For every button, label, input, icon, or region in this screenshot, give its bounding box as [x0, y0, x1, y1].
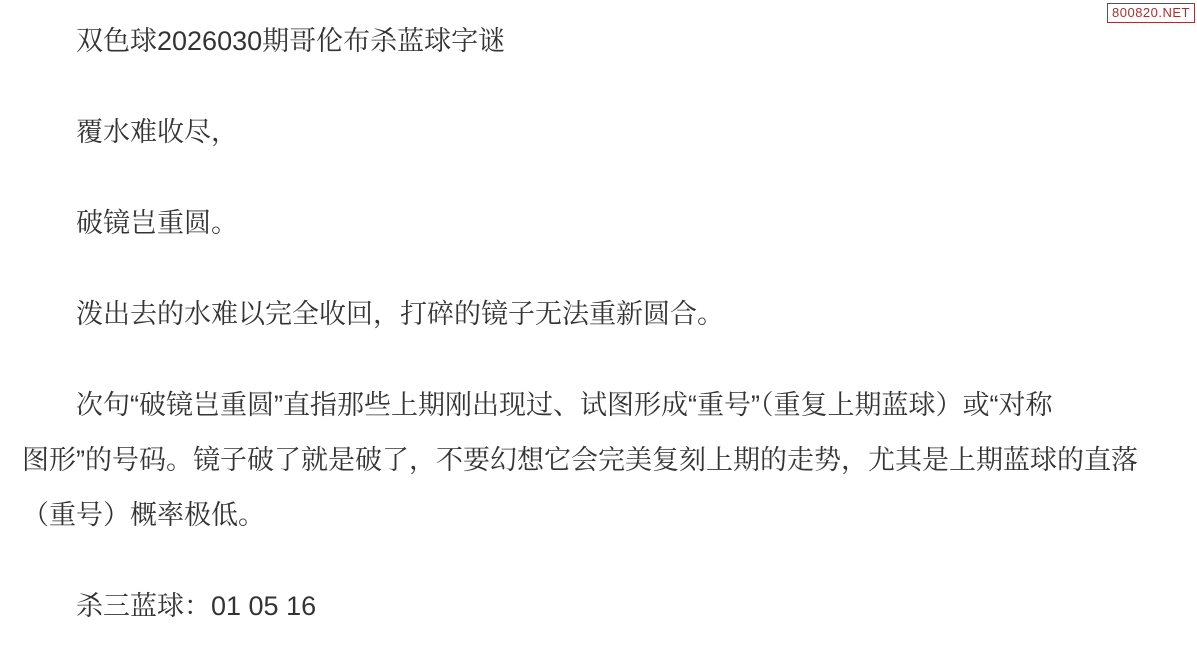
article-page: 800820.NET 双色球2026030期哥伦布杀蓝球字谜 覆水难收尽， 破镜…: [0, 0, 1197, 654]
poem-line-2: 破镜岂重圆。: [22, 196, 1162, 251]
kill-blue-numbers-line: 杀三蓝球：01 05 16: [22, 579, 1162, 634]
article-content: 双色球2026030期哥伦布杀蓝球字谜 覆水难收尽， 破镜岂重圆。 泼出去的水难…: [22, 14, 1162, 634]
explanation-paragraph: 泼出去的水难以完全收回，打碎的镜子无法重新圆合。: [22, 287, 1162, 342]
analysis-line-3: （重号）概率极低。: [22, 488, 1162, 543]
analysis-line-1: 次句“破镜岂重圆”直指那些上期刚出现过、试图形成“重号”（重复上期蓝球）或“对称: [22, 378, 1162, 433]
article-title: 双色球2026030期哥伦布杀蓝球字谜: [22, 14, 1162, 69]
analysis-paragraph: 次句“破镜岂重圆”直指那些上期刚出现过、试图形成“重号”（重复上期蓝球）或“对称…: [22, 378, 1162, 543]
analysis-line-2: 图形”的号码。镜子破了就是破了，不要幻想它会完美复刻上期的走势，尤其是上期蓝球的…: [22, 433, 1162, 488]
poem-line-1: 覆水难收尽，: [22, 105, 1162, 160]
